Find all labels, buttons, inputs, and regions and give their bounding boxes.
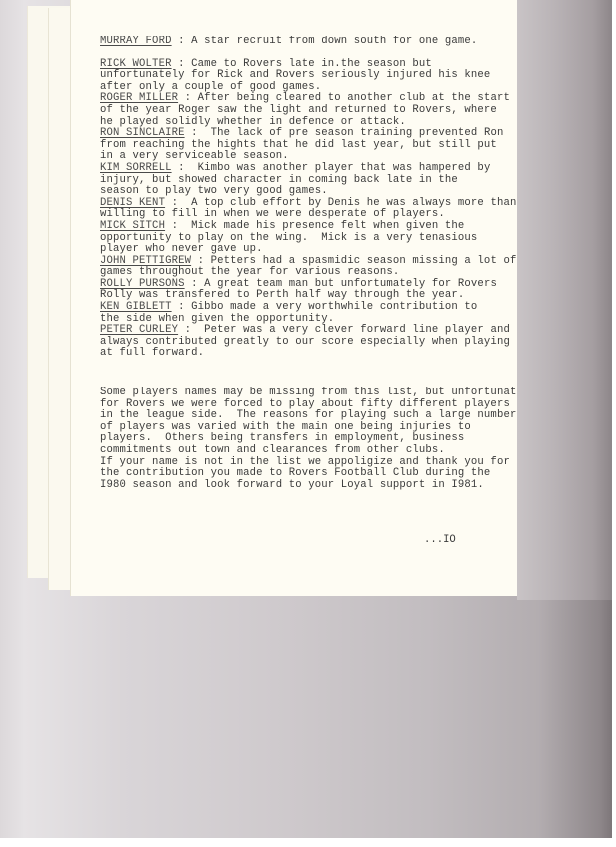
player-name: ROLLY PURSONS [100, 278, 185, 290]
closing-line: the contribution you made to Rovers Foot… [100, 468, 517, 480]
page-number: ...IO [424, 534, 456, 546]
entry-line: MICK SITCH : Mick made his presence felt… [100, 221, 517, 233]
entry-line: at full forward. [100, 348, 517, 360]
player-entry: PETER CURLEY : Peter was a very clever f… [100, 325, 517, 360]
player-entries: MURRAY FORD : A star recruit from down s… [100, 36, 517, 360]
entry-line: RON SINCLAIRE : The lack of pre season t… [100, 128, 517, 140]
player-name: JOHN PETTIGREW [100, 255, 191, 267]
player-name: MICK SITCH [100, 220, 165, 232]
entry-line: KIM SORRELL : Kimbo was another player t… [100, 163, 517, 175]
player-entry: KIM SORRELL : Kimbo was another player t… [100, 163, 517, 198]
player-entry: KEN GIBLETT : Gibbo made a very worthwhi… [100, 302, 517, 325]
player-name: KIM SORRELL [100, 162, 172, 174]
closing-paragraph: Some players names may be missing from t… [100, 387, 517, 491]
entry-line: of the year Roger saw the light and retu… [100, 105, 517, 117]
player-entry: ROGER MILLER : After being cleared to an… [100, 93, 517, 128]
player-name: PETER CURLEY [100, 324, 178, 336]
player-entry: MICK SITCH : Mick made his presence felt… [100, 221, 517, 256]
player-name: RON SINCLAIRE [100, 127, 185, 139]
closing-line: commitments out town and clearances from… [100, 445, 517, 457]
player-entry: ROLLY PURSONS : A great team man but unf… [100, 279, 517, 302]
player-name: MURRAY FORD [100, 36, 172, 47]
player-entry: RON SINCLAIRE : The lack of pre season t… [100, 128, 517, 163]
player-name: KEN GIBLETT [100, 301, 172, 313]
player-entry: JOHN PETTIGREW : Petters had a spasmidic… [100, 256, 517, 279]
player-entry: RICK WOLTER : Came to Rovers late in.the… [100, 59, 517, 94]
page-edge-shadow [517, 0, 612, 600]
closing-line: I980 season and look forward to your Loy… [100, 480, 517, 492]
player-name: ROGER MILLER [100, 92, 178, 104]
player-name: DENIS KENT [100, 197, 165, 209]
entry-line: MURRAY FORD : A star recruit from down s… [100, 36, 517, 48]
closing-line: Some players names may be missing from t… [100, 387, 517, 399]
entry-line: KEN GIBLETT : Gibbo made a very worthwhi… [100, 302, 517, 314]
player-name: RICK WOLTER [100, 58, 172, 70]
player-entry: MURRAY FORD : A star recruit from down s… [100, 36, 517, 48]
page-content: MURRAY FORD : A star recruit from down s… [0, 0, 517, 600]
player-entry: DENIS KENT : A top club effort by Denis … [100, 198, 517, 221]
